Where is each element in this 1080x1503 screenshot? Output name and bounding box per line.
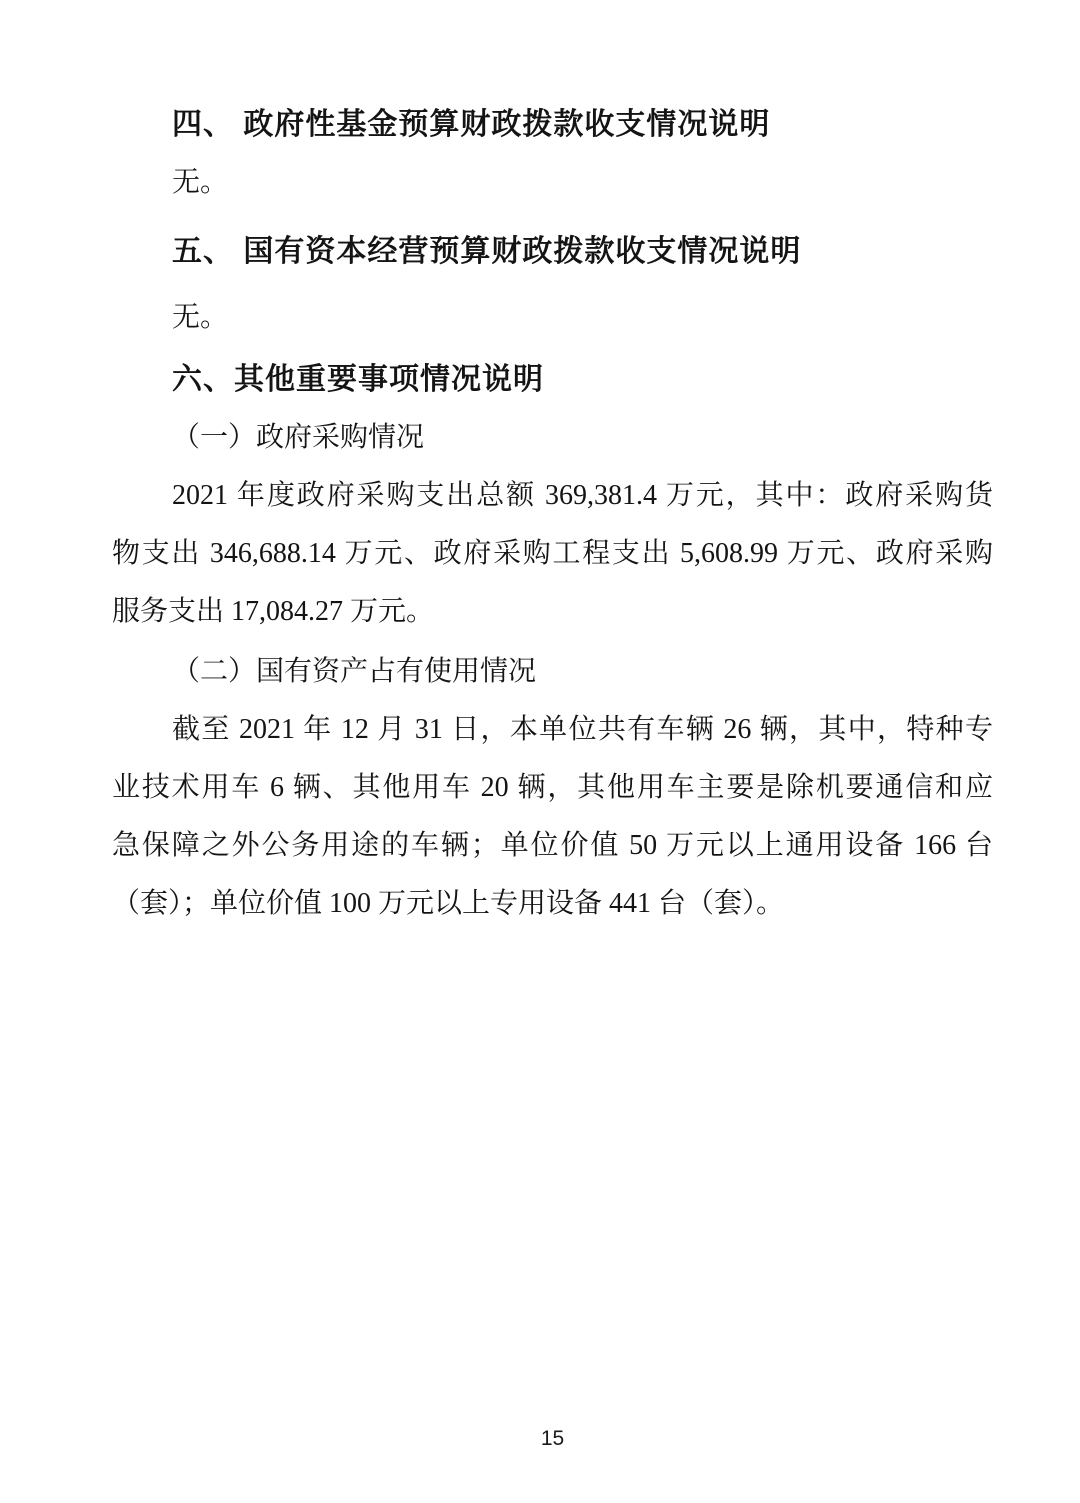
procurement-line-1: 2021 年度政府采购支出总额 369,381.4 万元，其中：政府采购货 xyxy=(112,467,993,525)
assets-line-3: 急保障之外公务用途的车辆；单位价值 50 万元以上通用设备 166 台 xyxy=(112,817,993,875)
procurement-paragraph: 2021 年度政府采购支出总额 369,381.4 万元，其中：政府采购货 物支… xyxy=(112,467,993,641)
assets-line-4: （套）；单位价值 100 万元以上专用设备 441 台（套）。 xyxy=(112,875,993,933)
assets-paragraph: 截至 2021 年 12 月 31 日，本单位共有车辆 26 辆，其中，特种专 … xyxy=(112,701,993,933)
section-four-body: 无。 xyxy=(112,154,993,212)
document-page: 四、 政府性基金预算财政拨款收支情况说明 无。 五、 国有资本经营预算财政拨款收… xyxy=(0,0,1080,1503)
section-six-heading: 六、其他重要事项情况说明 xyxy=(112,351,993,409)
assets-line-2: 业技术用车 6 辆、其他用车 20 辆，其他用车主要是除机要通信和应 xyxy=(112,759,993,817)
procurement-line-2: 物支出 346,688.14 万元、政府采购工程支出 5,608.99 万元、政… xyxy=(112,525,993,583)
assets-line-1: 截至 2021 年 12 月 31 日，本单位共有车辆 26 辆，其中，特种专 xyxy=(112,701,993,759)
assets-subheading: （二）国有资产占有使用情况 xyxy=(112,643,993,701)
section-four-heading: 四、 政府性基金预算财政拨款收支情况说明 xyxy=(112,96,993,154)
document-content: 四、 政府性基金预算财政拨款收支情况说明 无。 五、 国有资本经营预算财政拨款收… xyxy=(112,96,993,933)
section-five-heading: 五、 国有资本经营预算财政拨款收支情况说明 xyxy=(112,223,993,281)
page-number: 15 xyxy=(112,1426,993,1452)
section-five-body: 无。 xyxy=(112,289,993,347)
procurement-line-3: 服务支出 17,084.27 万元。 xyxy=(112,583,993,641)
procurement-subheading: （一）政府采购情况 xyxy=(112,409,993,467)
